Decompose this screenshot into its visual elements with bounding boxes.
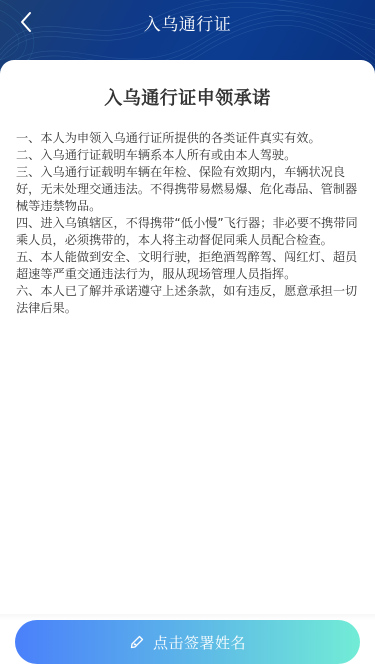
page-title: 入乌通行证 <box>144 10 232 35</box>
term-item: 三、入乌通行证载明车辆在年检、保险有效期内，车辆状况良好，无未处理交通违法。不得… <box>16 164 361 215</box>
term-item: 二、入乌通行证载明车辆系本人所有或由本人驾驶。 <box>16 147 361 164</box>
term-item: 六、本人已了解并承诺遵守上述条款，如有违反，愿意承担一切法律后果。 <box>16 283 361 317</box>
commitment-card: 入乌通行证申领承诺 一、本人为申领入乌通行证所提供的各类证件真实有效。 二、入乌… <box>0 60 375 620</box>
term-item: 四、进入乌镇辖区，不得携带“低小慢”飞行器；非必要不携带同乘人员，必须携带的，本… <box>16 215 361 249</box>
sign-name-button[interactable]: 点击签署姓名 <box>15 620 360 664</box>
term-item: 一、本人为申领入乌通行证所提供的各类证件真实有效。 <box>16 130 361 147</box>
chevron-left-icon <box>19 11 33 33</box>
pen-icon <box>129 634 145 650</box>
navigation-bar: 入乌通行证 <box>0 0 375 44</box>
commitment-title: 入乌通行证申领承诺 <box>0 84 375 110</box>
commitment-terms: 一、本人为申领入乌通行证所提供的各类证件真实有效。 二、入乌通行证载明车辆系本人… <box>16 130 361 317</box>
back-button[interactable] <box>12 8 40 36</box>
term-item: 五、本人能做到安全、文明行驶，拒绝酒驾醉驾、闯红灯、超员超速等严重交通违法行为，… <box>16 249 361 283</box>
sign-button-label: 点击签署姓名 <box>153 632 246 653</box>
